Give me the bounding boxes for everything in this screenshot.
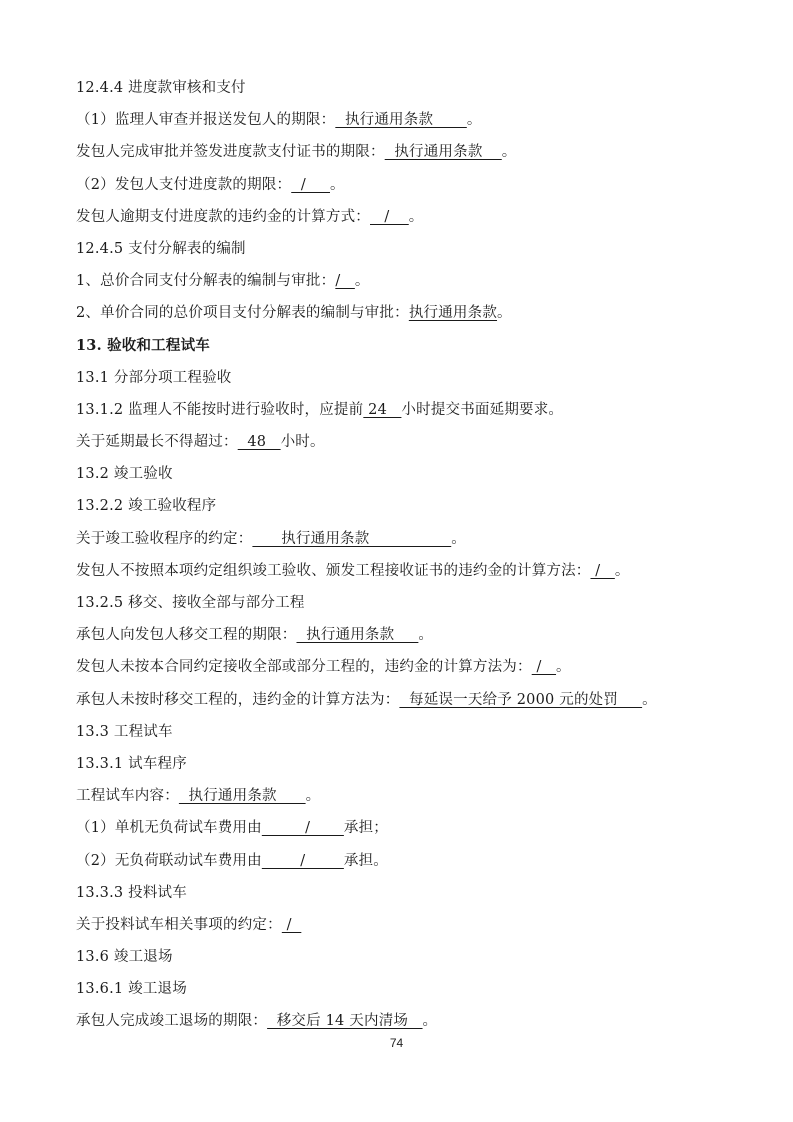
line-label: 13.2.5 移交、接收全部与部分工程 <box>76 595 305 611</box>
filled-blank: / <box>532 659 556 675</box>
line-suffix: 小时。 <box>281 434 325 450</box>
filled-blank: / <box>335 273 355 289</box>
line-suffix: 。 <box>556 659 571 675</box>
line-label: 13.1.2 监理人不能按时进行验收时，应提前 <box>76 402 363 418</box>
document-line: （2）发包人支付进度款的期限： / 。 <box>76 171 716 203</box>
filled-blank: 移交后 14 天内清场 <box>267 1013 422 1029</box>
line-label: 13.2 竣工验收 <box>76 466 173 482</box>
document-line: 13.3 工程试车 <box>76 718 716 750</box>
document-line: 13.2 竣工验收 <box>76 460 716 492</box>
document-line: 发包人不按照本项约定组织竣工验收、颁发工程接收证书的违约金的计算方法： / 。 <box>76 557 716 589</box>
document-line: 13.2.2 竣工验收程序 <box>76 492 716 524</box>
filled-blank: / <box>370 209 409 225</box>
line-label: 承包人未按时移交工程的，违约金的计算方法为： <box>76 692 399 708</box>
line-suffix: 。 <box>467 112 482 128</box>
line-label: 发包人不按照本项约定组织竣工验收、颁发工程接收证书的违约金的计算方法： <box>76 563 591 579</box>
filled-blank: / <box>262 853 344 869</box>
document-line: 发包人完成审批并签发进度款支付证书的期限： 执行通用条款 。 <box>76 138 716 170</box>
line-suffix: 。 <box>418 627 433 643</box>
document-line: 13.1 分部分项工程验收 <box>76 364 716 396</box>
filled-blank: / <box>262 820 344 836</box>
line-label: 发包人完成审批并签发进度款支付证书的期限： <box>76 144 385 160</box>
filled-blank: 执行通用条款 <box>179 788 306 804</box>
document-line: 13.6.1 竣工退场 <box>76 975 716 1007</box>
filled-blank: 执行通用条款 <box>385 144 502 160</box>
line-suffix: 。 <box>615 563 630 579</box>
document-line: 13.2.5 移交、接收全部与部分工程 <box>76 589 716 621</box>
filled-blank: 24 <box>363 402 401 418</box>
document-line: 关于延期最长不得超过： 48 小时。 <box>76 428 716 460</box>
document-line: 发包人逾期支付进度款的违约金的计算方式： / 。 <box>76 203 716 235</box>
document-line: 工程试车内容： 执行通用条款 。 <box>76 782 716 814</box>
document-line: 承包人向发包人移交工程的期限： 执行通用条款 。 <box>76 621 716 653</box>
line-suffix: 。 <box>642 692 657 708</box>
line-label: （2）无负荷联动试车费用由 <box>76 853 262 869</box>
document-line: 承包人完成竣工退场的期限： 移交后 14 天内清场 。 <box>76 1007 716 1039</box>
document-line: （2）无负荷联动试车费用由 / 承担。 <box>76 847 716 879</box>
document-line: 13.1.2 监理人不能按时进行验收时，应提前 24 小时提交书面延期要求。 <box>76 396 716 428</box>
line-label: 关于投料试车相关事项的约定： <box>76 917 282 933</box>
line-label: 2、单价合同的总价项目支付分解表的编制与审批： <box>76 305 409 321</box>
document-line: 13.3.1 试车程序 <box>76 750 716 782</box>
line-label: 13. 验收和工程试车 <box>76 337 210 354</box>
line-suffix: 承担。 <box>344 853 388 869</box>
line-label: 13.3.1 试车程序 <box>76 756 187 772</box>
document-line: 13.3.3 投料试车 <box>76 879 716 911</box>
line-label: （2）发包人支付进度款的期限： <box>76 177 291 193</box>
line-label: 关于竣工验收程序的约定： <box>76 531 252 547</box>
document-line: 关于投料试车相关事项的约定： / <box>76 911 716 943</box>
line-label: 13.1 分部分项工程验收 <box>76 370 232 386</box>
document-line: 13.6 竣工退场 <box>76 943 716 975</box>
section-heading: 13. 验收和工程试车 <box>76 332 716 364</box>
line-suffix: 小时提交书面延期要求。 <box>401 402 563 418</box>
line-label: 发包人逾期支付进度款的违约金的计算方式： <box>76 209 370 225</box>
line-suffix: 。 <box>306 788 321 804</box>
line-label: 13.6 竣工退场 <box>76 949 173 965</box>
filled-blank: / <box>282 917 302 933</box>
line-label: 承包人向发包人移交工程的期限： <box>76 627 297 643</box>
line-suffix: 。 <box>451 531 466 547</box>
filled-blank: 48 <box>238 434 281 450</box>
line-label: 承包人完成竣工退场的期限： <box>76 1013 267 1029</box>
page-number: 74 <box>0 1036 793 1050</box>
line-label: 12.4.4 进度款审核和支付 <box>76 80 246 96</box>
filled-blank: / <box>591 563 615 579</box>
document-line: （1）监理人审查并报送发包人的期限： 执行通用条款 。 <box>76 106 716 138</box>
filled-blank: 执行通用条款 <box>297 627 419 643</box>
line-label: 12.4.5 支付分解表的编制 <box>76 241 246 257</box>
line-suffix: 。 <box>355 273 370 289</box>
filled-blank: 执行通用条款 <box>409 305 497 321</box>
line-label: （1）监理人审查并报送发包人的期限： <box>76 112 335 128</box>
document-line: 发包人未按本合同约定接收全部或部分工程的，违约金的计算方法为： / 。 <box>76 653 716 685</box>
line-label: 13.3 工程试车 <box>76 724 173 740</box>
line-label: 关于延期最长不得超过： <box>76 434 238 450</box>
document-line: （1）单机无负荷试车费用由 / 承担； <box>76 814 716 846</box>
document-line: 2、单价合同的总价项目支付分解表的编制与审批：执行通用条款。 <box>76 299 716 331</box>
line-label: 工程试车内容： <box>76 788 179 804</box>
line-suffix: 。 <box>497 305 512 321</box>
document-line: 12.4.4 进度款审核和支付 <box>76 74 716 106</box>
line-label: 发包人未按本合同约定接收全部或部分工程的，违约金的计算方法为： <box>76 659 532 675</box>
document-line: 承包人未按时移交工程的，违约金的计算方法为： 每延误一天给予 2000 元的处罚… <box>76 686 716 718</box>
line-label: 1、总价合同支付分解表的编制与审批： <box>76 273 335 289</box>
line-label: 13.6.1 竣工退场 <box>76 981 187 997</box>
line-label: 13.2.2 竣工验收程序 <box>76 498 216 514</box>
filled-blank: 执行通用条款 <box>335 112 466 128</box>
filled-blank: 每延误一天给予 2000 元的处罚 <box>399 692 642 708</box>
filled-blank: / <box>291 177 330 193</box>
document-line: 1、总价合同支付分解表的编制与审批：/ 。 <box>76 267 716 299</box>
document-page: 12.4.4 进度款审核和支付（1）监理人审查并报送发包人的期限： 执行通用条款… <box>76 74 716 1040</box>
document-line: 12.4.5 支付分解表的编制 <box>76 235 716 267</box>
line-suffix: 。 <box>502 144 517 160</box>
line-label: 13.3.3 投料试车 <box>76 885 187 901</box>
line-suffix: 。 <box>423 1013 438 1029</box>
line-suffix: 承担； <box>344 820 388 836</box>
line-label: （1）单机无负荷试车费用由 <box>76 820 262 836</box>
filled-blank: 执行通用条款 <box>252 531 451 547</box>
line-suffix: 。 <box>330 177 345 193</box>
line-suffix: 。 <box>409 209 424 225</box>
document-line: 关于竣工验收程序的约定： 执行通用条款 。 <box>76 525 716 557</box>
